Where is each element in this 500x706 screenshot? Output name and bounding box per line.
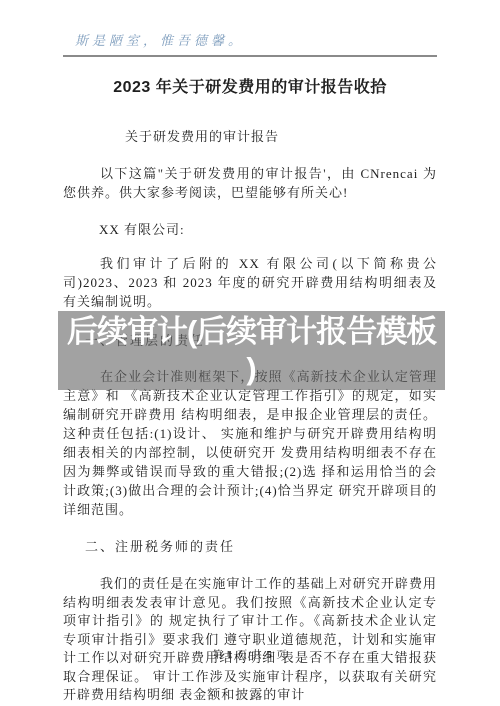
- salutation-line: XX 有限公司:: [63, 220, 437, 239]
- document-page: 斯是陋室，惟吾德馨。 2023 年关于研发费用的审计报告收拾 关于研发费用的审计…: [0, 0, 500, 706]
- banner-title-line2: ): [58, 350, 445, 387]
- document-subtitle: 关于研发费用的审计报告: [63, 127, 437, 146]
- document-title: 2023 年关于研发费用的审计报告收拾: [63, 76, 437, 99]
- header-rule-divider: [63, 55, 437, 57]
- banner-title-line1: 后续审计(后续审计报告模板: [58, 313, 445, 350]
- section2-heading: 二、注册税务师的责任: [63, 537, 437, 556]
- footer-page-number: 1: [227, 649, 234, 661]
- footer-suffix: 页: [276, 650, 287, 661]
- section2-body-paragraph: 我们的责任是在实施审计工作的基础上对研究开辟费用结构明细表发表审计意见。我们按照…: [63, 575, 437, 705]
- audit-scope-paragraph: 我们审计了后附的 XX 有限公司(以下简称贵公司)2023、2023 和 202…: [63, 254, 437, 311]
- watermark-title-banner: 后续审计(后续审计报告模板 ): [58, 311, 445, 390]
- header-motto: 斯是陋室，惟吾德馨。: [75, 31, 437, 50]
- footer-total-pages: 5: [266, 649, 273, 661]
- footer-prefix: 第: [213, 650, 224, 661]
- intro-paragraph: 以下这篇"关于研发费用的审计报告'，由 CNrencai 为您供养。供大家参考阅…: [63, 164, 437, 202]
- footer-mid: 页/共: [237, 650, 263, 661]
- page-number-footer: 第 1 页/共 5 页: [0, 646, 500, 661]
